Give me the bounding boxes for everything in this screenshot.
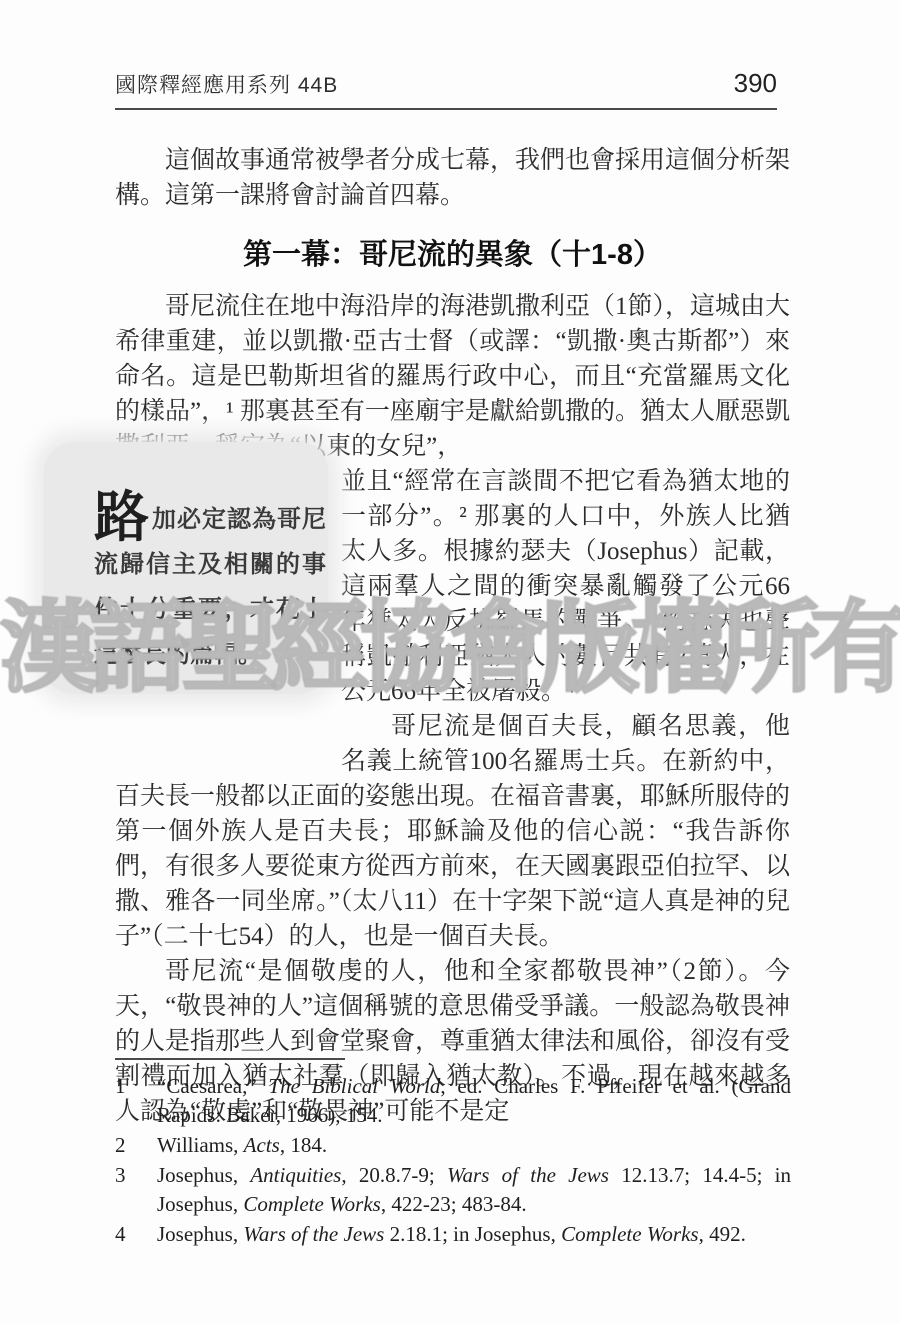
footnote-item: 4Josephus, Wars of the Jews 2.18.1; in J…	[115, 1220, 791, 1249]
footnote-text: Josephus, Antiquities, 20.8.7-9; Wars of…	[157, 1161, 791, 1219]
footnote-number: 3	[115, 1161, 157, 1219]
footnote-number: 4	[115, 1220, 157, 1249]
pull-quote-dropcap: 路	[94, 486, 152, 548]
scanned-book-page: 國際釋經應用系列 44B 390 這個故事通常被學者分成七幕，我們也會採用這個分…	[0, 0, 900, 1324]
footnote-list: 1“Caesarea,” The Biblical World, ed. Cha…	[115, 1072, 791, 1249]
footnote-text: Williams, Acts, 184.	[157, 1131, 791, 1160]
pull-quote: 路加必定認為哥尼流歸信主及相關的事件十分重要，才花上這麼長的篇幅。	[38, 436, 334, 700]
footnotes-section: 1“Caesarea,” The Biblical World, ed. Cha…	[115, 1058, 791, 1250]
running-header: 國際釋經應用系列 44B 390	[115, 68, 777, 110]
footnote-item: 1“Caesarea,” The Biblical World, ed. Cha…	[115, 1072, 791, 1130]
series-title: 國際釋經應用系列 44B	[115, 69, 338, 99]
footnote-number: 2	[115, 1131, 157, 1160]
section-heading: 第一幕：哥尼流的異象（十1-8）	[115, 235, 790, 275]
page-number: 390	[734, 68, 777, 99]
footnote-text: Josephus, Wars of the Jews 2.18.1; in Jo…	[157, 1220, 791, 1249]
intro-paragraph: 這個故事通常被學者分成七幕，我們也會採用這個分析架構。這第一課將會討論首四幕。	[115, 143, 790, 213]
footnote-separator	[115, 1058, 345, 1060]
footnote-item: 2Williams, Acts, 184.	[115, 1131, 791, 1160]
pull-quote-text: 路加必定認為哥尼流歸信主及相關的事件十分重要，才花上這麼長的篇幅。	[38, 436, 334, 677]
footnote-number: 1	[115, 1072, 157, 1130]
footnote-text: “Caesarea,” The Biblical World, ed. Char…	[157, 1072, 791, 1130]
footnote-item: 3Josephus, Antiquities, 20.8.7-9; Wars o…	[115, 1161, 791, 1219]
